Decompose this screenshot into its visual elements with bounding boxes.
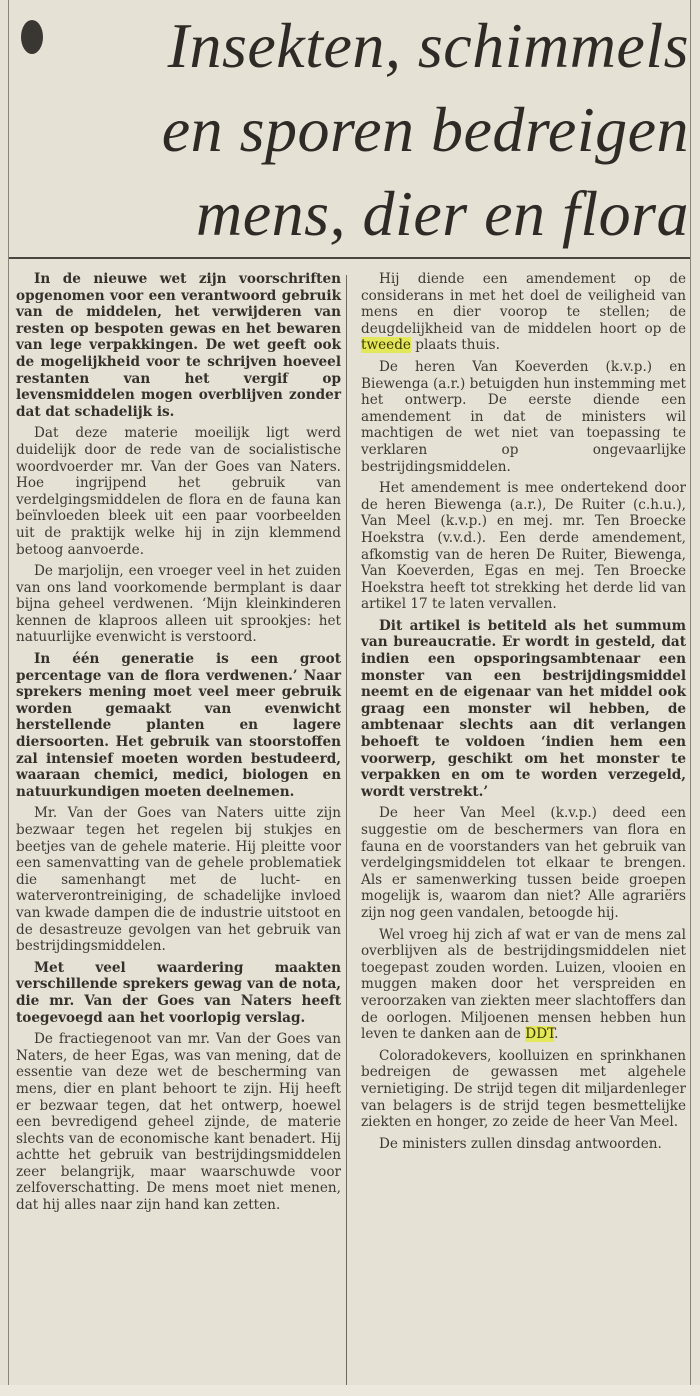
paragraph: De heer Van Meel (k.v.p.) deed een sugge… <box>361 805 686 921</box>
paragraph: De marjolijn, een vroeger veel in het zu… <box>16 563 341 646</box>
bullet-icon <box>21 20 43 54</box>
text-run: . <box>554 1026 558 1042</box>
highlighted-word: DDT <box>525 1026 554 1042</box>
text-run: Hij diende een amendement op de consider… <box>361 271 686 337</box>
page-bottom-edge <box>0 1385 700 1396</box>
paragraph: De heren Van Koeverden (k.v.p.) en Biewe… <box>361 359 686 475</box>
paragraph: In één generatie is een groot percentage… <box>16 651 341 800</box>
right-column: Hij diende een amendement op de consider… <box>361 271 686 1157</box>
paragraph: Wel vroeg hij zich af wat er van de mens… <box>361 927 686 1043</box>
paragraph: Hij diende een amendement op de consider… <box>361 271 686 354</box>
highlighted-word: tweede <box>361 337 411 353</box>
paragraph: Coloradokevers, koolluizen en sprinkhane… <box>361 1048 686 1131</box>
page-border-right <box>690 0 691 1396</box>
paragraph: Mr. Van der Goes van Naters uitte zijn b… <box>16 805 341 954</box>
paragraph: Dat deze materie moeilijk ligt werd duid… <box>16 425 341 558</box>
paragraph: In de nieuwe wet zijn voorschriften opge… <box>16 271 341 420</box>
column-divider <box>346 275 347 1390</box>
paragraph: De ministers zullen dinsdag antwoorden. <box>361 1136 686 1153</box>
left-column: In de nieuwe wet zijn voorschriften opge… <box>16 271 341 1219</box>
paragraph: Het amendement is mee ondertekend door d… <box>361 480 686 613</box>
text-run: plaats thuis. <box>411 337 500 353</box>
headline-line-3: mens, dier en flora <box>69 172 689 256</box>
paragraph: De fractiegenoot van mr. Van der Goes va… <box>16 1031 341 1214</box>
text-run: Wel vroeg hij zich af wat er van de mens… <box>361 927 686 1043</box>
headline: Insekten, schimmels en sporen bedreigen … <box>69 4 689 256</box>
newspaper-clipping: Insekten, schimmels en sporen bedreigen … <box>0 0 700 1396</box>
headline-box: Insekten, schimmels en sporen bedreigen … <box>9 0 690 259</box>
paragraph: Met veel waardering maakten verschillend… <box>16 960 341 1026</box>
headline-line-1: Insekten, schimmels <box>69 4 689 88</box>
paragraph: Dit artikel is betiteld als het summum v… <box>361 618 686 801</box>
headline-line-2: en sporen bedreigen <box>69 88 689 172</box>
